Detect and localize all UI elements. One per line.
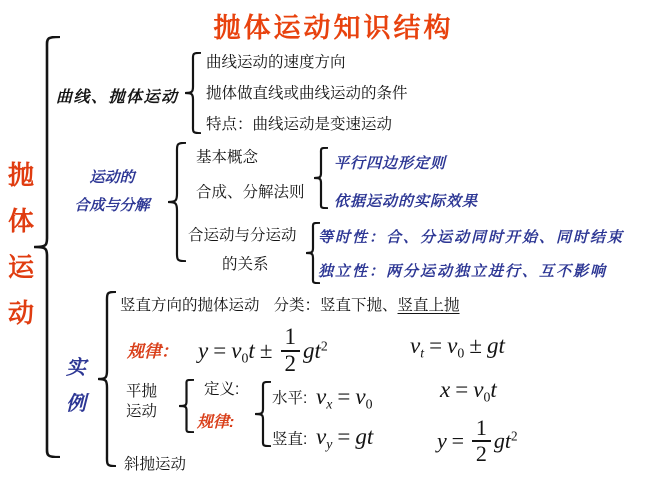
vertical-motion-classification-underlined: 竖直上抛 [398,297,460,314]
examples-char-1: 实 [62,350,90,386]
curve-item-condition: 抛体做直线或曲线运动的条件 [206,81,408,103]
horizontal-component-label: 水平: [272,386,307,408]
composition-branch-label: 运动的 合成与分解 [56,164,168,220]
oblique-projectile-label: 斜抛运动 [124,452,186,474]
examples-char-2: 例 [62,386,90,422]
vertical-motion-heading: 竖直方向的抛体运动分类：竖直下抛、竖直上抛 [120,293,460,315]
vertical-motion-title: 竖直方向的抛体运动 [120,297,260,314]
projectile-label-line1: 平抛 [126,379,157,401]
formula-y: y = 12gt2 [437,418,518,468]
relation-independence: 独立性：两分运动独立进行、互不影响 [318,260,607,281]
composition-rules-label: 合成、分解法则 [196,180,305,202]
root-char-3: 运 [6,244,36,290]
relation-label-line1: 合运动与分运动 [188,223,297,245]
vertical-motion-classification: 分类：竖直下抛、 [274,297,398,314]
root-char-4: 动 [6,290,36,336]
examples-brace [98,291,116,472]
curve-item-velocity-direction: 曲线运动的速度方向 [206,50,346,72]
knowledge-structure-diagram: 抛体运动知识结构 抛 体 运 动 曲线、抛体运动 曲线运动的速度方向 抛体做直线… [0,0,667,500]
projectile-rule-brace [255,381,271,452]
page-title: 抛体运动知识结构 [0,6,667,45]
basic-concept-label: 基本概念 [196,145,258,167]
formula-x: x = v0t [440,377,497,405]
formula-velocity: vt = v0 ± gt [410,333,505,361]
relation-simultaneity: 等时性：合、分运动同时开始、同时结束 [318,226,624,247]
formula-vx: vx = v0 [316,384,373,412]
curve-item-feature: 特点：曲线运动是变速运动 [206,112,392,134]
formula-vy: vy = gt [316,424,373,452]
projectile-label-line2: 运动 [126,399,157,421]
relation-label-line2: 的关系 [222,252,269,274]
projectile-brace [179,379,194,438]
rule-parallelogram: 平行四边形定则 [334,152,446,173]
rule-actual-effect: 依据运动的实际效果 [334,190,478,211]
curve-branch-brace [185,52,201,139]
root-label: 抛 体 运 动 [6,152,36,336]
examples-label: 实 例 [62,350,90,422]
root-char-1: 抛 [6,152,36,198]
definition-label: 定义: [204,377,239,399]
vertical-component-label: 竖直: [272,427,307,449]
curve-branch-label: 曲线、抛体运动 [56,84,179,107]
composition-label-line2: 合成与分解 [56,192,168,220]
formula-displacement: y = v0t ± 12gt2 [198,327,328,379]
composition-label-line1: 运动的 [56,164,168,192]
projectile-rule-label: 规律: [197,409,234,432]
vertical-rule-label: 规律： [127,337,178,362]
root-char-2: 体 [6,198,36,244]
composition-branch-brace [168,142,186,267]
rules-sub-brace [314,147,328,214]
